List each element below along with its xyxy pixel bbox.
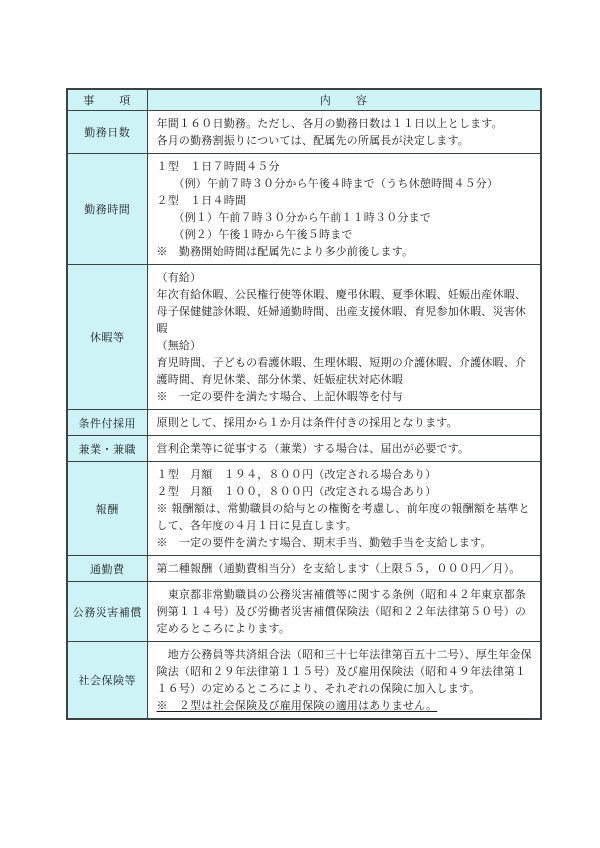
table-body: 勤務日数年間１６０日勤務。ただし、各月の勤務日数は１１日以上とします。各月の勤務… (67, 111, 541, 720)
content-line: 営利企業等に従事する（兼業）する場合は、届出が必要です。 (157, 440, 536, 457)
row-content: 第二種報酬（通勤費相当分）を支給します（上限５５，０００円／月）。 (147, 556, 541, 582)
row-label: 公務災害補償 (67, 582, 147, 642)
content-line: （無給） (157, 337, 536, 354)
header-item: 事 項 (67, 89, 147, 111)
row-label: 休暇等 (67, 265, 147, 410)
content-line: ２型 月額 １００，８００円（改定される場合あり） (157, 483, 536, 500)
header-content: 内 容 (147, 89, 541, 111)
table-row: 社会保険等 地方公務員等共済組合法（昭和三十七年法律第百五十二号）、厚生年金保険… (67, 642, 541, 720)
content-line: ※ 一定の要件を満たす場合、上記休暇等を付与 (157, 388, 536, 405)
content-line: 育児時間、子どもの看護休暇、生理休暇、短期の介護休暇、介護休暇、介護時間、育児休… (157, 354, 536, 388)
content-line: 原則として、採用から１か月は条件付きの採用となります。 (157, 414, 536, 431)
content-line: （例２）午後１時から午後５時まで (157, 226, 536, 243)
row-content: 原則として、採用から１か月は条件付きの採用となります。 (147, 410, 541, 436)
row-label: 兼業・兼職 (67, 436, 147, 462)
row-label: 勤務時間 (67, 154, 147, 265)
table-row: 条件付採用原則として、採用から１か月は条件付きの採用となります。 (67, 410, 541, 436)
row-label: 社会保険等 (67, 642, 147, 720)
table-header-row: 事 項 内 容 (67, 89, 541, 111)
content-line: ※ 勤務開始時間は配属先により多少前後します。 (157, 243, 536, 260)
content-line: 地方公務員等共済組合法（昭和三十七年法律第百五十二号）、厚生年金保険法（昭和２９… (157, 646, 536, 697)
row-label: 通勤費 (67, 556, 147, 582)
content-line: １型 月額 １９４，８００円（改定される場合あり） (157, 466, 536, 483)
content-line: 東京都非常勤職員の公務災害補償等に関する条例（昭和４２年東京都条例第１１４号）及… (157, 586, 536, 637)
content-line: 各月の勤務割振りについては、配属先の所属長が決定します。 (157, 132, 536, 149)
row-label: 報酬 (67, 462, 147, 556)
employment-conditions-table: 事 項 内 容 勤務日数年間１６０日勤務。ただし、各月の勤務日数は１１日以上とし… (66, 88, 542, 720)
content-line: ※ ２型は社会保険及び雇用保険の適用はありません。 (157, 697, 536, 714)
table-row: 公務災害補償 東京都非常勤職員の公務災害補償等に関する条例（昭和４２年東京都条例… (67, 582, 541, 642)
content-line: １型 １日７時間４５分 (157, 158, 536, 175)
content-line: 年次有給休暇、公民権行使等休暇、慶弔休暇、夏季休暇、妊娠出産休暇、母子保健健診休… (157, 286, 536, 337)
content-line: 年間１６０日勤務。ただし、各月の勤務日数は１１日以上とします。 (157, 115, 536, 132)
content-line: （例）午前７時３０分から午後４時まで（うち休憩時間４５分） (157, 175, 536, 192)
document-page: 事 項 内 容 勤務日数年間１６０日勤務。ただし、各月の勤務日数は１１日以上とし… (0, 0, 600, 848)
table-row: 通勤費第二種報酬（通勤費相当分）を支給します（上限５５，０００円／月）。 (67, 556, 541, 582)
table-row: 報酬１型 月額 １９４，８００円（改定される場合あり）２型 月額 １００，８００… (67, 462, 541, 556)
content-line: ※ 報酬額は、常勤職員の給与との権衡を考慮し、前年度の報酬額を基準として、各年度… (157, 500, 536, 534)
table-row: 勤務時間１型 １日７時間４５分 （例）午前７時３０分から午後４時まで（うち休憩時… (67, 154, 541, 265)
row-content: １型 １日７時間４５分 （例）午前７時３０分から午後４時まで（うち休憩時間４５分… (147, 154, 541, 265)
row-content: １型 月額 １９４，８００円（改定される場合あり）２型 月額 １００，８００円（… (147, 462, 541, 556)
row-content: 年間１６０日勤務。ただし、各月の勤務日数は１１日以上とします。各月の勤務割振りに… (147, 111, 541, 154)
table-row: 勤務日数年間１６０日勤務。ただし、各月の勤務日数は１１日以上とします。各月の勤務… (67, 111, 541, 154)
content-line: ２型 １日４時間 (157, 192, 536, 209)
row-content: 東京都非常勤職員の公務災害補償等に関する条例（昭和４２年東京都条例第１１４号）及… (147, 582, 541, 642)
table-row: 休暇等（有給）年次有給休暇、公民権行使等休暇、慶弔休暇、夏季休暇、妊娠出産休暇、… (67, 265, 541, 410)
content-line: （有給） (157, 269, 536, 286)
content-line: ※ 一定の要件を満たす場合、期末手当、勤勉手当を支給します。 (157, 534, 536, 551)
table-row: 兼業・兼職営利企業等に従事する（兼業）する場合は、届出が必要です。 (67, 436, 541, 462)
row-label: 条件付採用 (67, 410, 147, 436)
content-line: 第二種報酬（通勤費相当分）を支給します（上限５５，０００円／月）。 (157, 560, 536, 577)
content-line: （例１）午前７時３０分から午前１１時３０分まで (157, 209, 536, 226)
row-content: 地方公務員等共済組合法（昭和三十七年法律第百五十二号）、厚生年金保険法（昭和２９… (147, 642, 541, 720)
row-label: 勤務日数 (67, 111, 147, 154)
row-content: （有給）年次有給休暇、公民権行使等休暇、慶弔休暇、夏季休暇、妊娠出産休暇、母子保… (147, 265, 541, 410)
row-content: 営利企業等に従事する（兼業）する場合は、届出が必要です。 (147, 436, 541, 462)
